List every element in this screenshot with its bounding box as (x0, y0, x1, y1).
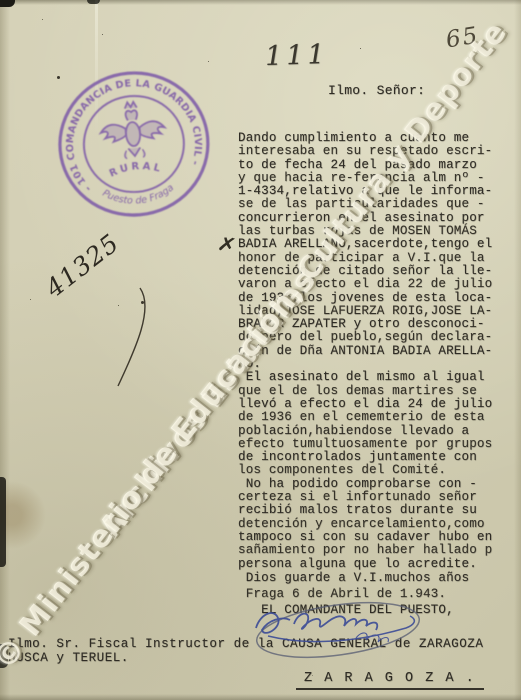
scan-edge-mark (0, 477, 6, 567)
typed-line: El asesinato del mismo al igual (238, 371, 508, 384)
typed-line: NO. (238, 358, 508, 371)
margin-x-mark: ✗ (216, 233, 239, 258)
scan-edge-mark (0, 0, 15, 7)
typed-line: población,habiendose llevado a (238, 425, 508, 438)
typed-line: 1-4334,relativo a que le informa- (238, 185, 508, 198)
typed-line: de 1936,los jovenes de esta loca- (238, 292, 508, 305)
typed-line: certeza si el infortunado señor (238, 491, 508, 504)
typed-line: persona alguna que lo acredite. (238, 558, 508, 571)
typed-line: honor de participar a V.I.que la (238, 252, 508, 265)
typed-line: ción de Dña ANTONIA BADIA ARELLA- (238, 345, 508, 358)
addressee-line-2: HUSCA y TERUEL. (8, 651, 129, 665)
typed-line: tampoco si con su cadaver hubo en (238, 531, 508, 544)
typed-line: detención y encarcelamiento,como (238, 518, 508, 531)
svg-text:RURAL: RURAL (107, 159, 165, 180)
typed-line: BADIA ARELLANO,sacerdote,tengo el (238, 238, 508, 251)
typed-line: detención de citado señor la lle- (238, 265, 508, 278)
typed-line: de 1936 en el cememterio de esta (238, 411, 508, 424)
corner-pencil-number: 65 (444, 23, 481, 54)
salutation: Ilmo. Señor: (328, 83, 425, 98)
eagle-emblem (98, 99, 167, 160)
typed-line: varon a efecto el dia 22 de julio (238, 278, 508, 291)
folio-number: 111 (264, 39, 329, 72)
typed-line: BRADOR ZAPATER y otro desconoci- (238, 318, 508, 331)
typed-line: Dando cumplimiento a cuanto me (238, 132, 508, 145)
guardia-civil-stamp: - 101 COMANDANCIA DE LA GUARDIA CIVIL - … (50, 63, 218, 226)
typed-line: Dios guarde a V.I.muchos años (238, 570, 469, 586)
scan-edge-mark (87, 0, 100, 4)
typed-line: llevó a efecto el dia 24 de julio (238, 398, 508, 411)
stamp-puesto-label: Puesto de Fraga (100, 182, 177, 210)
handwriting-flourish (96, 268, 166, 398)
typed-line: que el de los demas martires se (238, 385, 508, 398)
paragraph-3: No ha podido comprobarse con -certeza si… (238, 478, 508, 571)
city-line: Z A R A G O Z A . (296, 668, 484, 690)
typed-line: to de fecha 24 del pasado marzo (238, 159, 508, 172)
paragraph-2: El asesinato del mismo al igualque el de… (238, 371, 508, 477)
typed-line: sañamiento por no haber hallado p (238, 544, 508, 557)
typed-line: interesaba en su respetado escri- (238, 145, 508, 158)
typed-line: y que hacia re-ferencia alm nº - (238, 172, 508, 185)
typed-line: do pero del pueblo,según declara- (238, 331, 508, 344)
typed-line: lidad,JOSE LAFUERZA ROIG,JOSE LA- (238, 305, 508, 318)
typed-line: de incontrolados juntamente con (238, 451, 508, 464)
typed-line: No ha podido comprobarse con - (238, 478, 508, 491)
typed-line: efecto tumultuosamente por grupos (238, 438, 508, 451)
typed-line: los componentes del Comité. (238, 464, 508, 477)
svg-text:Puesto de Fraga: Puesto de Fraga (100, 182, 177, 210)
typed-line: las turbas rojas de MOSEN TOMÁS (238, 225, 508, 238)
typed-line: se de las particularidades que - (238, 198, 508, 211)
paragraph-1: Dando cumplimiento a cuanto meinteresaba… (238, 132, 508, 371)
city-underlined-text: Z A R A G O Z A . (296, 671, 484, 690)
scanned-document-page: Archivos Estatales © Ministerio de Educa… (0, 0, 521, 700)
signature-ink (238, 590, 448, 665)
stamp-rural-label: RURAL (107, 159, 165, 180)
scan-edge-mark (0, 644, 8, 668)
letter-body: Dando cumplimiento a cuanto meinteresaba… (238, 132, 508, 571)
typed-line: recibió malos tratos durante su (238, 504, 508, 517)
